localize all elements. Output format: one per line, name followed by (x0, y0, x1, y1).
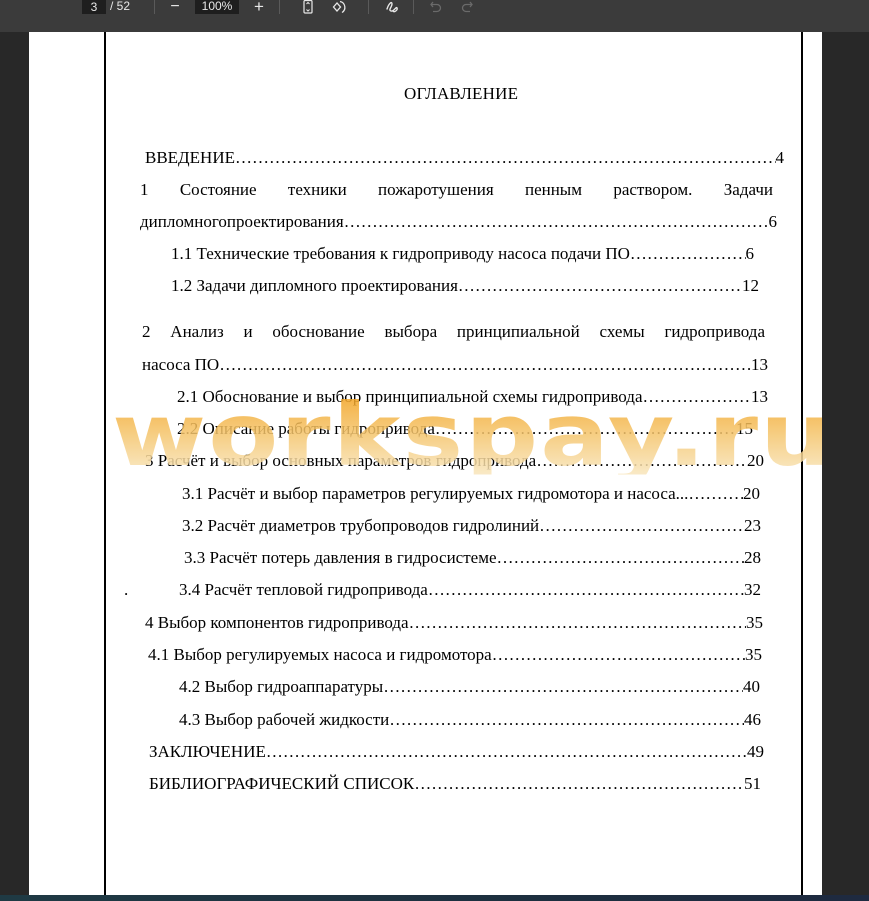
toc-entry[interactable]: ВВЕДЕНИЕ4 (145, 148, 784, 168)
pdf-toolbar: / 52 − 100% + (0, 0, 869, 32)
toc-page-number: 15 (736, 419, 753, 439)
page-number-input[interactable] (82, 0, 106, 14)
toc-entry-text: дипломногопроектирования (140, 212, 344, 232)
toc-entry-text: 3 Расчёт и выбор основных параметров гид… (145, 451, 536, 471)
toc-page-number: 12 (742, 276, 759, 296)
toc-page-number: 4 (776, 148, 785, 168)
toc-entry[interactable]: 1.2 Задачи дипломного проектирования12 (171, 276, 759, 296)
toolbar-divider (368, 0, 369, 14)
toc-page-number: 13 (751, 355, 768, 375)
toc-entry[interactable]: насоса ПО13 (142, 355, 768, 375)
toc-entry[interactable]: 3.1 Расчёт и выбор параметров регулируем… (182, 484, 760, 504)
margin-rule-left (104, 32, 106, 895)
toc-entry[interactable]: 4 Выбор компонентов гидропривода35 (145, 613, 763, 633)
toc-entry-text: ВВЕДЕНИЕ (145, 148, 235, 168)
toc-page-number: 51 (744, 774, 761, 794)
zoom-level[interactable]: 100% (195, 0, 239, 14)
toc-leader (688, 484, 743, 504)
toc-entry-line1[interactable]: 1 Состояние техники пожаротушения пенным… (140, 180, 773, 200)
toc-page-number: 46 (744, 710, 761, 730)
toc-entry-text: 4.3 Выбор рабочей жидкости (179, 710, 389, 730)
toc-leader (536, 451, 747, 471)
toc-leader (344, 212, 769, 232)
toc-leader (266, 742, 747, 762)
zoom-in-button[interactable]: + (250, 0, 268, 14)
toc-entry[interactable]: 4.3 Выбор рабочей жидкости46 (179, 710, 761, 730)
toc-entry[interactable]: 2.1 Обоснование и выбор принципиальной с… (177, 387, 768, 407)
toc-page-number: 20 (743, 484, 760, 504)
toc-page-number: 6 (769, 212, 778, 232)
toc-leader (539, 516, 744, 536)
page-total: / 52 (110, 0, 130, 12)
toc-leader (630, 244, 746, 264)
toc-leader (409, 613, 746, 633)
toc-entry-text: 2.2 Описание работы гидропривода (177, 419, 435, 439)
toc-leader (492, 645, 745, 665)
toc-page-number: 49 (747, 742, 764, 762)
toc-page-number: 32 (744, 580, 761, 600)
toolbar-divider (279, 0, 280, 14)
toc-page-number: 35 (746, 613, 763, 633)
toc-page-number: 6 (746, 244, 755, 264)
toolbar-divider (154, 0, 155, 14)
draw-icon (385, 0, 399, 14)
toc-entry-text: 4.1 Выбор регулируемых насоса и гидромот… (148, 645, 492, 665)
toc-entry-text: ЗАКЛЮЧЕНИЕ (149, 742, 266, 762)
zoom-out-button[interactable]: − (166, 0, 184, 14)
toc-entry-text: 3.1 Расчёт и выбор параметров регулируем… (182, 484, 688, 504)
toc-entry[interactable]: дипломногопроектирования6 (140, 212, 777, 232)
toc-leader (414, 774, 744, 794)
page-title: ОГЛАВЛЕНИЕ (404, 84, 518, 104)
document-page: ОГЛАВЛЕНИЕ ВВЕДЕНИЕ4 1 Состояние техники… (29, 32, 822, 895)
toc-leader (428, 580, 744, 600)
toc-entry-line1[interactable]: 2 Анализ и обоснование выбора принципиал… (142, 322, 765, 342)
toc-entry-text: 3.3 Расчёт потерь давления в гидросистем… (184, 548, 497, 568)
toc-entry[interactable]: 3.4 Расчёт тепловой гидропривода32 (179, 580, 761, 600)
toc-leader (389, 710, 744, 730)
toc-entry-text: 3.4 Расчёт тепловой гидропривода (179, 580, 428, 600)
toc-leader (383, 677, 743, 697)
toc-entry-text: насоса ПО (142, 355, 219, 375)
taskbar-edge (0, 895, 869, 901)
toc-entry-text: 1.1 Технические требования к гидропривод… (171, 244, 630, 264)
redo-button[interactable] (458, 0, 476, 14)
toc-entry[interactable]: 3.2 Расчёт диаметров трубопроводов гидро… (182, 516, 761, 536)
rotate-button[interactable] (331, 0, 349, 14)
toc-entry-text: 4 Выбор компонентов гидропривода (145, 613, 409, 633)
toolbar-divider (413, 0, 414, 14)
toc-entry[interactable]: 3 Расчёт и выбор основных параметров гид… (145, 451, 764, 471)
fit-page-button[interactable] (299, 0, 317, 14)
toc-leader (235, 148, 776, 168)
toc-entry-text: 2.1 Обоснование и выбор принципиальной с… (177, 387, 643, 407)
toc-leader (219, 355, 751, 375)
toc-entry[interactable]: ЗАКЛЮЧЕНИЕ49 (149, 742, 764, 762)
toc-page-number: 23 (744, 516, 761, 536)
toc-page-number: 28 (744, 548, 761, 568)
toc-entry[interactable]: БИБЛИОГРАФИЧЕСКИЙ СПИСОК51 (149, 774, 761, 794)
toc-entry[interactable]: 2.2 Описание работы гидропривода15 (177, 419, 753, 439)
toc-leader (643, 387, 752, 407)
toc-leader (435, 419, 736, 439)
toc-page-number: 40 (743, 677, 760, 697)
draw-button[interactable] (383, 0, 401, 14)
toc-entry-text: БИБЛИОГРАФИЧЕСКИЙ СПИСОК (149, 774, 414, 794)
plus-icon: + (254, 0, 264, 17)
toc-leader (458, 276, 742, 296)
toc-entry-text: 1.2 Задачи дипломного проектирования (171, 276, 458, 296)
rotate-icon (332, 0, 348, 14)
toc-entry[interactable]: 4.1 Выбор регулируемых насоса и гидромот… (148, 645, 762, 665)
toc-page-number: 35 (745, 645, 762, 665)
toc-entry[interactable]: 3.3 Расчёт потерь давления в гидросистем… (184, 548, 761, 568)
undo-button[interactable] (427, 0, 445, 14)
toc-page-number: 20 (747, 451, 764, 471)
toc-entry-text: 4.2 Выбор гидроаппаратуры (179, 677, 383, 697)
toc-page-number: 13 (751, 387, 768, 407)
toc-leader (497, 548, 744, 568)
toc-entry-text: 3.2 Расчёт диаметров трубопроводов гидро… (182, 516, 539, 536)
fit-page-icon (303, 0, 313, 14)
minus-icon: − (170, 0, 179, 16)
toc-entry[interactable]: 4.2 Выбор гидроаппаратуры40 (179, 677, 760, 697)
margin-rule-right (801, 32, 803, 895)
toc-entry[interactable]: 1.1 Технические требования к гидропривод… (171, 244, 754, 264)
redo-icon (460, 0, 474, 14)
undo-icon (429, 0, 443, 14)
stray-period: . (124, 580, 128, 600)
